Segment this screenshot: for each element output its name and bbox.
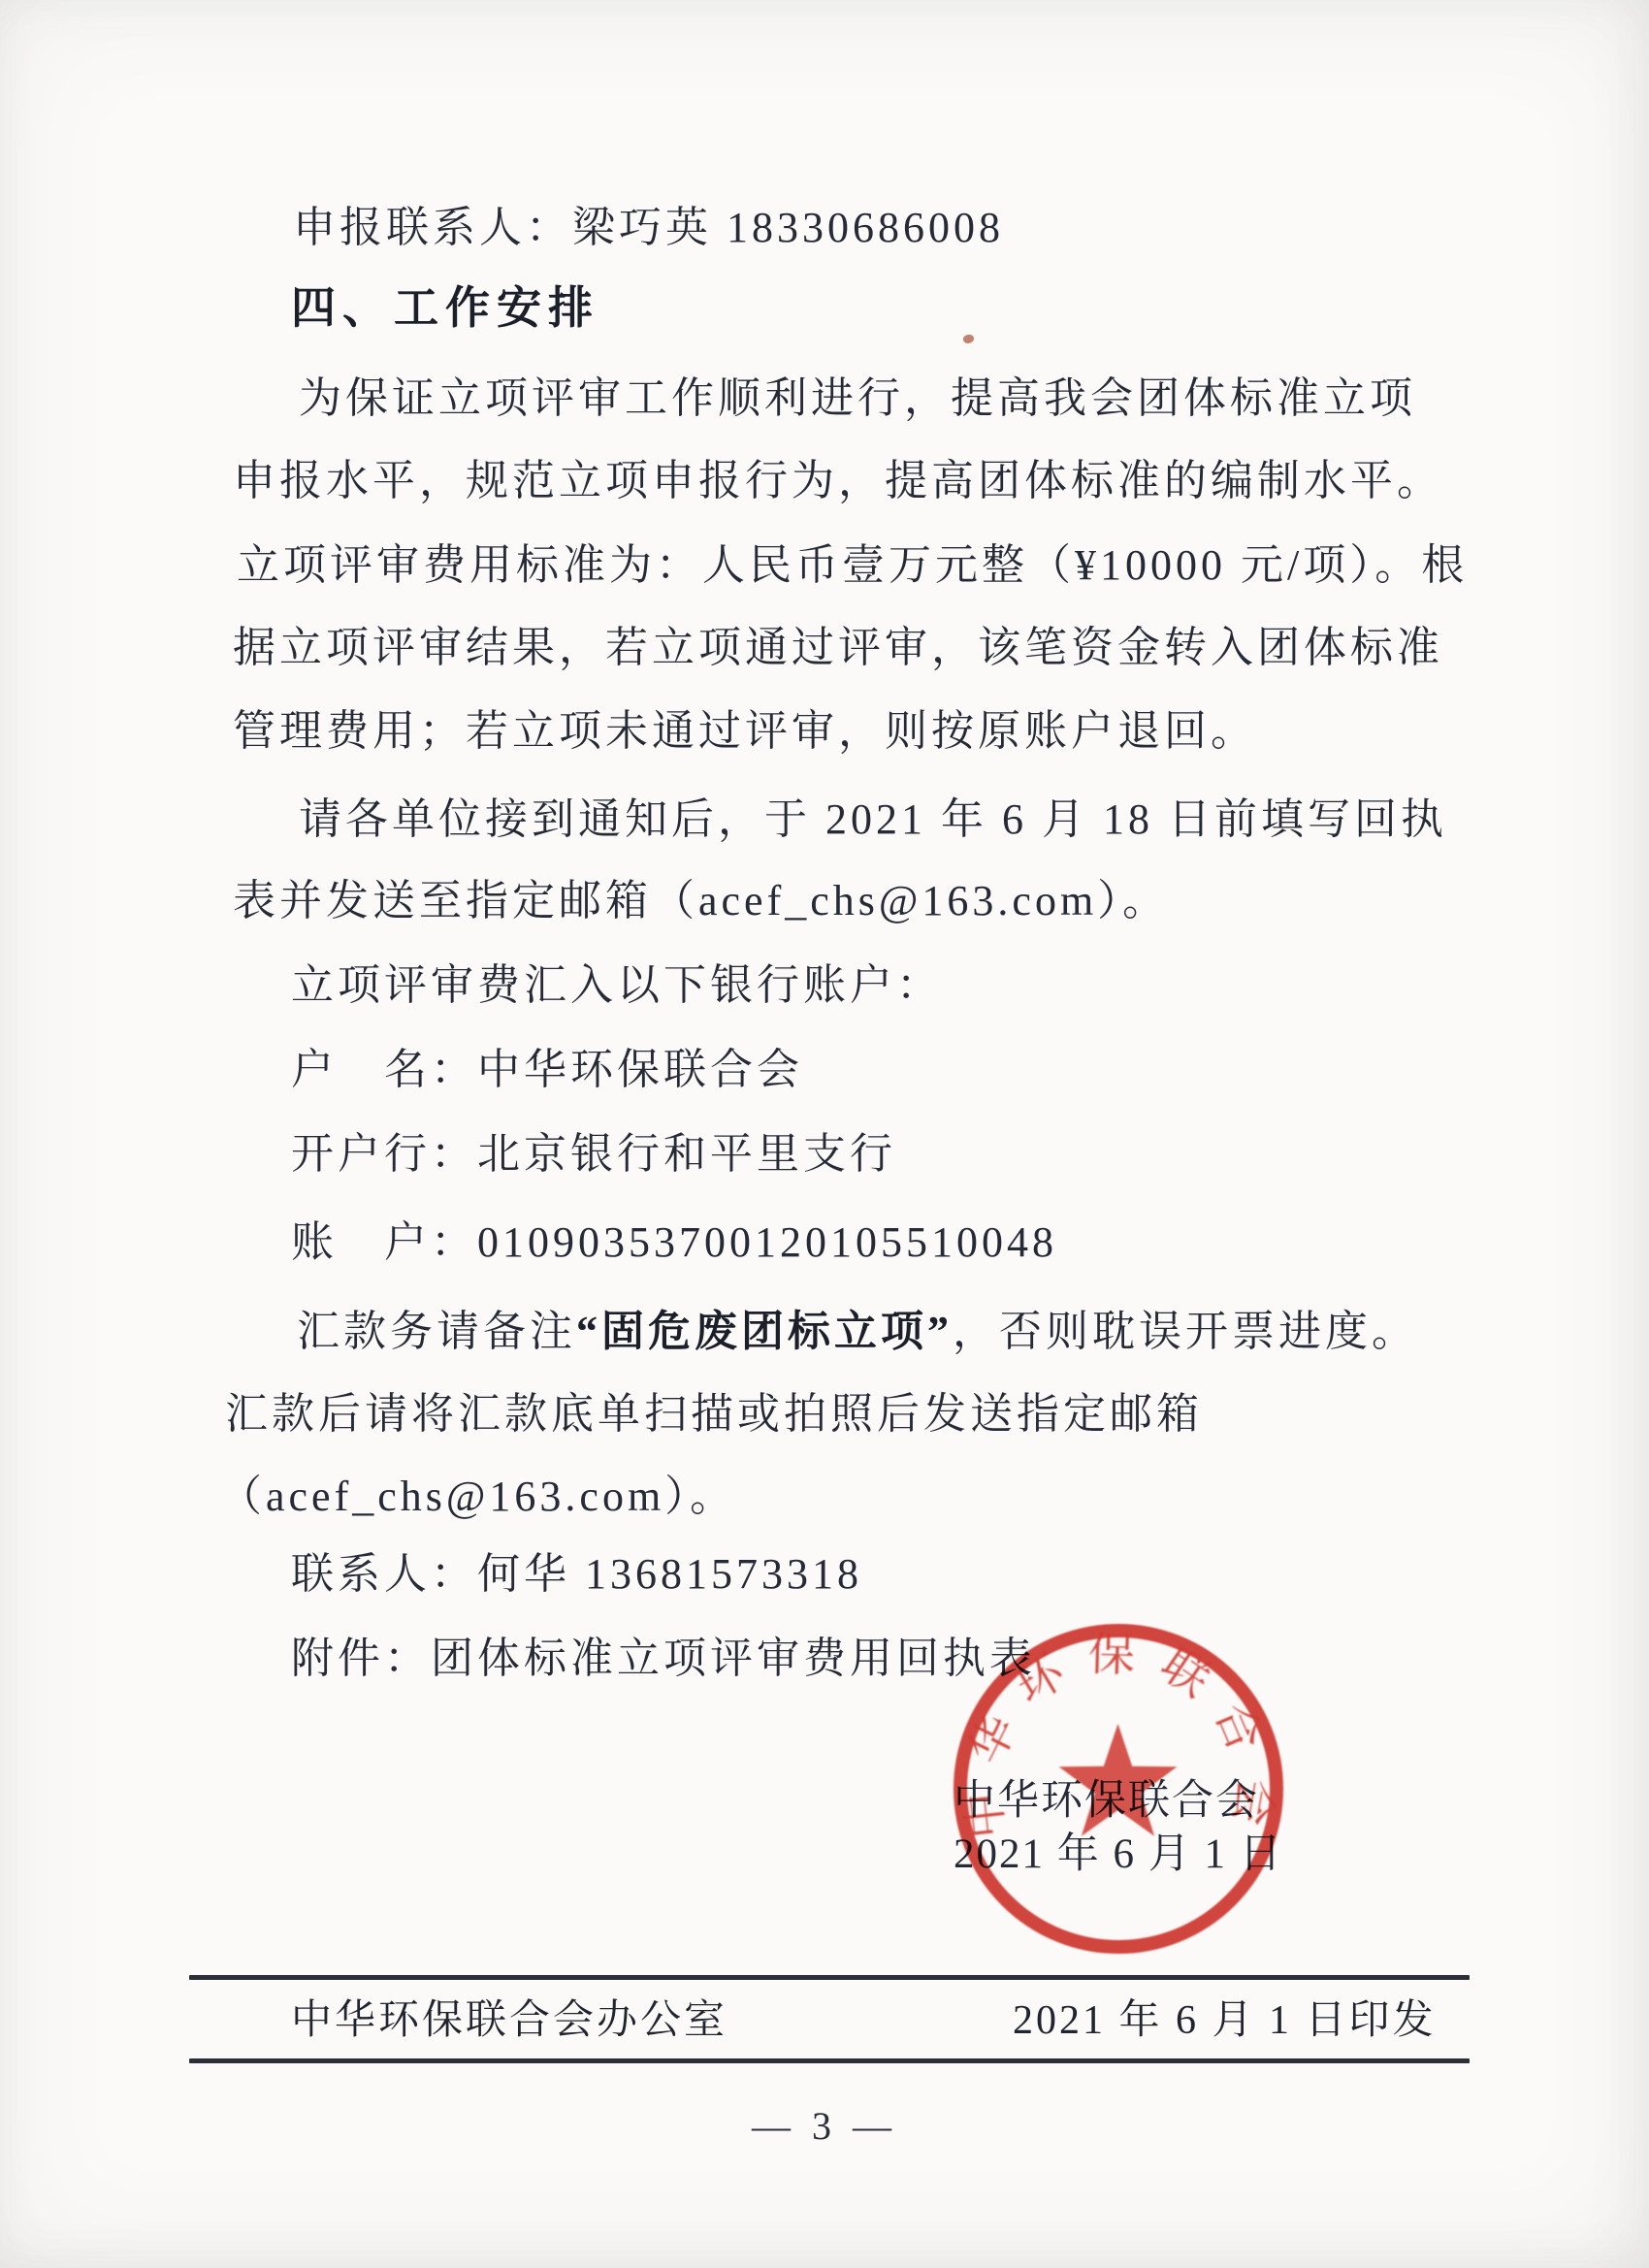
paragraph2-line2: 表并发送至指定邮箱（acef_chs@163.com）。: [233, 872, 1169, 930]
paragraph1-line1: 为保证立项评审工作顺利进行，提高我会团体标准立项: [299, 370, 1416, 428]
paragraph2-line1: 请各单位接到通知后，于 2021 年 6 月 18 日前填写回执: [299, 791, 1447, 849]
remittance-note-line: 汇款务请备注“固危废团标立项”，否则耽误开票进度。: [297, 1303, 1418, 1361]
paragraph1-line2: 申报水平，规范立项申报行为，提高团体标准的编制水平。: [233, 452, 1443, 510]
footer-issuing-office: 中华环保联合会办公室: [291, 1992, 727, 2050]
ink-speck: [963, 335, 974, 343]
paragraph1-line5: 管理费用；若立项未通过评审，则按原账户退回。: [233, 702, 1257, 761]
attachment-line: 附件：团体标准立项评审费用回执表: [291, 1630, 1036, 1688]
applicant-contact-line: 申报联系人：梁巧英 18330686008: [293, 199, 1004, 257]
paragraph1-line3: 立项评审费用标准为：人民币壹万元整（¥10000 元/项）。根: [237, 536, 1468, 595]
signature-date: 2021 年 6 月 1 日: [954, 1826, 1283, 1884]
remittance-note-suffix: ，否则耽误开票进度。: [953, 1308, 1418, 1355]
bank-intro-line: 立项评审费汇入以下银行账户：: [291, 956, 943, 1015]
paragraph3-line3: （acef_chs@163.com）。: [219, 1468, 736, 1526]
bank-account-name-line: 户 名：中华环保联合会: [291, 1041, 803, 1099]
bank-account-number-line: 账 户：01090353700120105510048: [291, 1214, 1057, 1272]
contact2-line: 联系人：何华 13681573318: [291, 1545, 862, 1604]
section-heading: 四、工作安排: [291, 279, 599, 338]
footer-print-date: 2021 年 6 月 1 日印发: [1013, 1992, 1437, 2050]
remittance-note-bold: “固危废团标立项”: [576, 1308, 953, 1355]
remittance-note-prefix: 汇款务请备注: [297, 1308, 576, 1355]
page-number: — 3 —: [0, 2103, 1649, 2149]
bank-branch-line: 开户行：北京银行和平里支行: [291, 1125, 896, 1183]
paragraph3-line2: 汇款后请将汇款底单扫描或拍照后发送指定邮箱: [225, 1385, 1203, 1443]
paragraph1-line4: 据立项评审结果，若立项通过评审，该笔资金转入团体标准: [233, 619, 1443, 677]
footer-rule-top: [189, 1975, 1470, 1980]
scanned-document-page: 申报联系人：梁巧英 18330686008 四、工作安排 为保证立项评审工作顺利…: [0, 0, 1649, 2268]
footer-rule-bottom: [189, 2058, 1470, 2063]
signature-org: 中华环保联合会: [954, 1772, 1259, 1831]
